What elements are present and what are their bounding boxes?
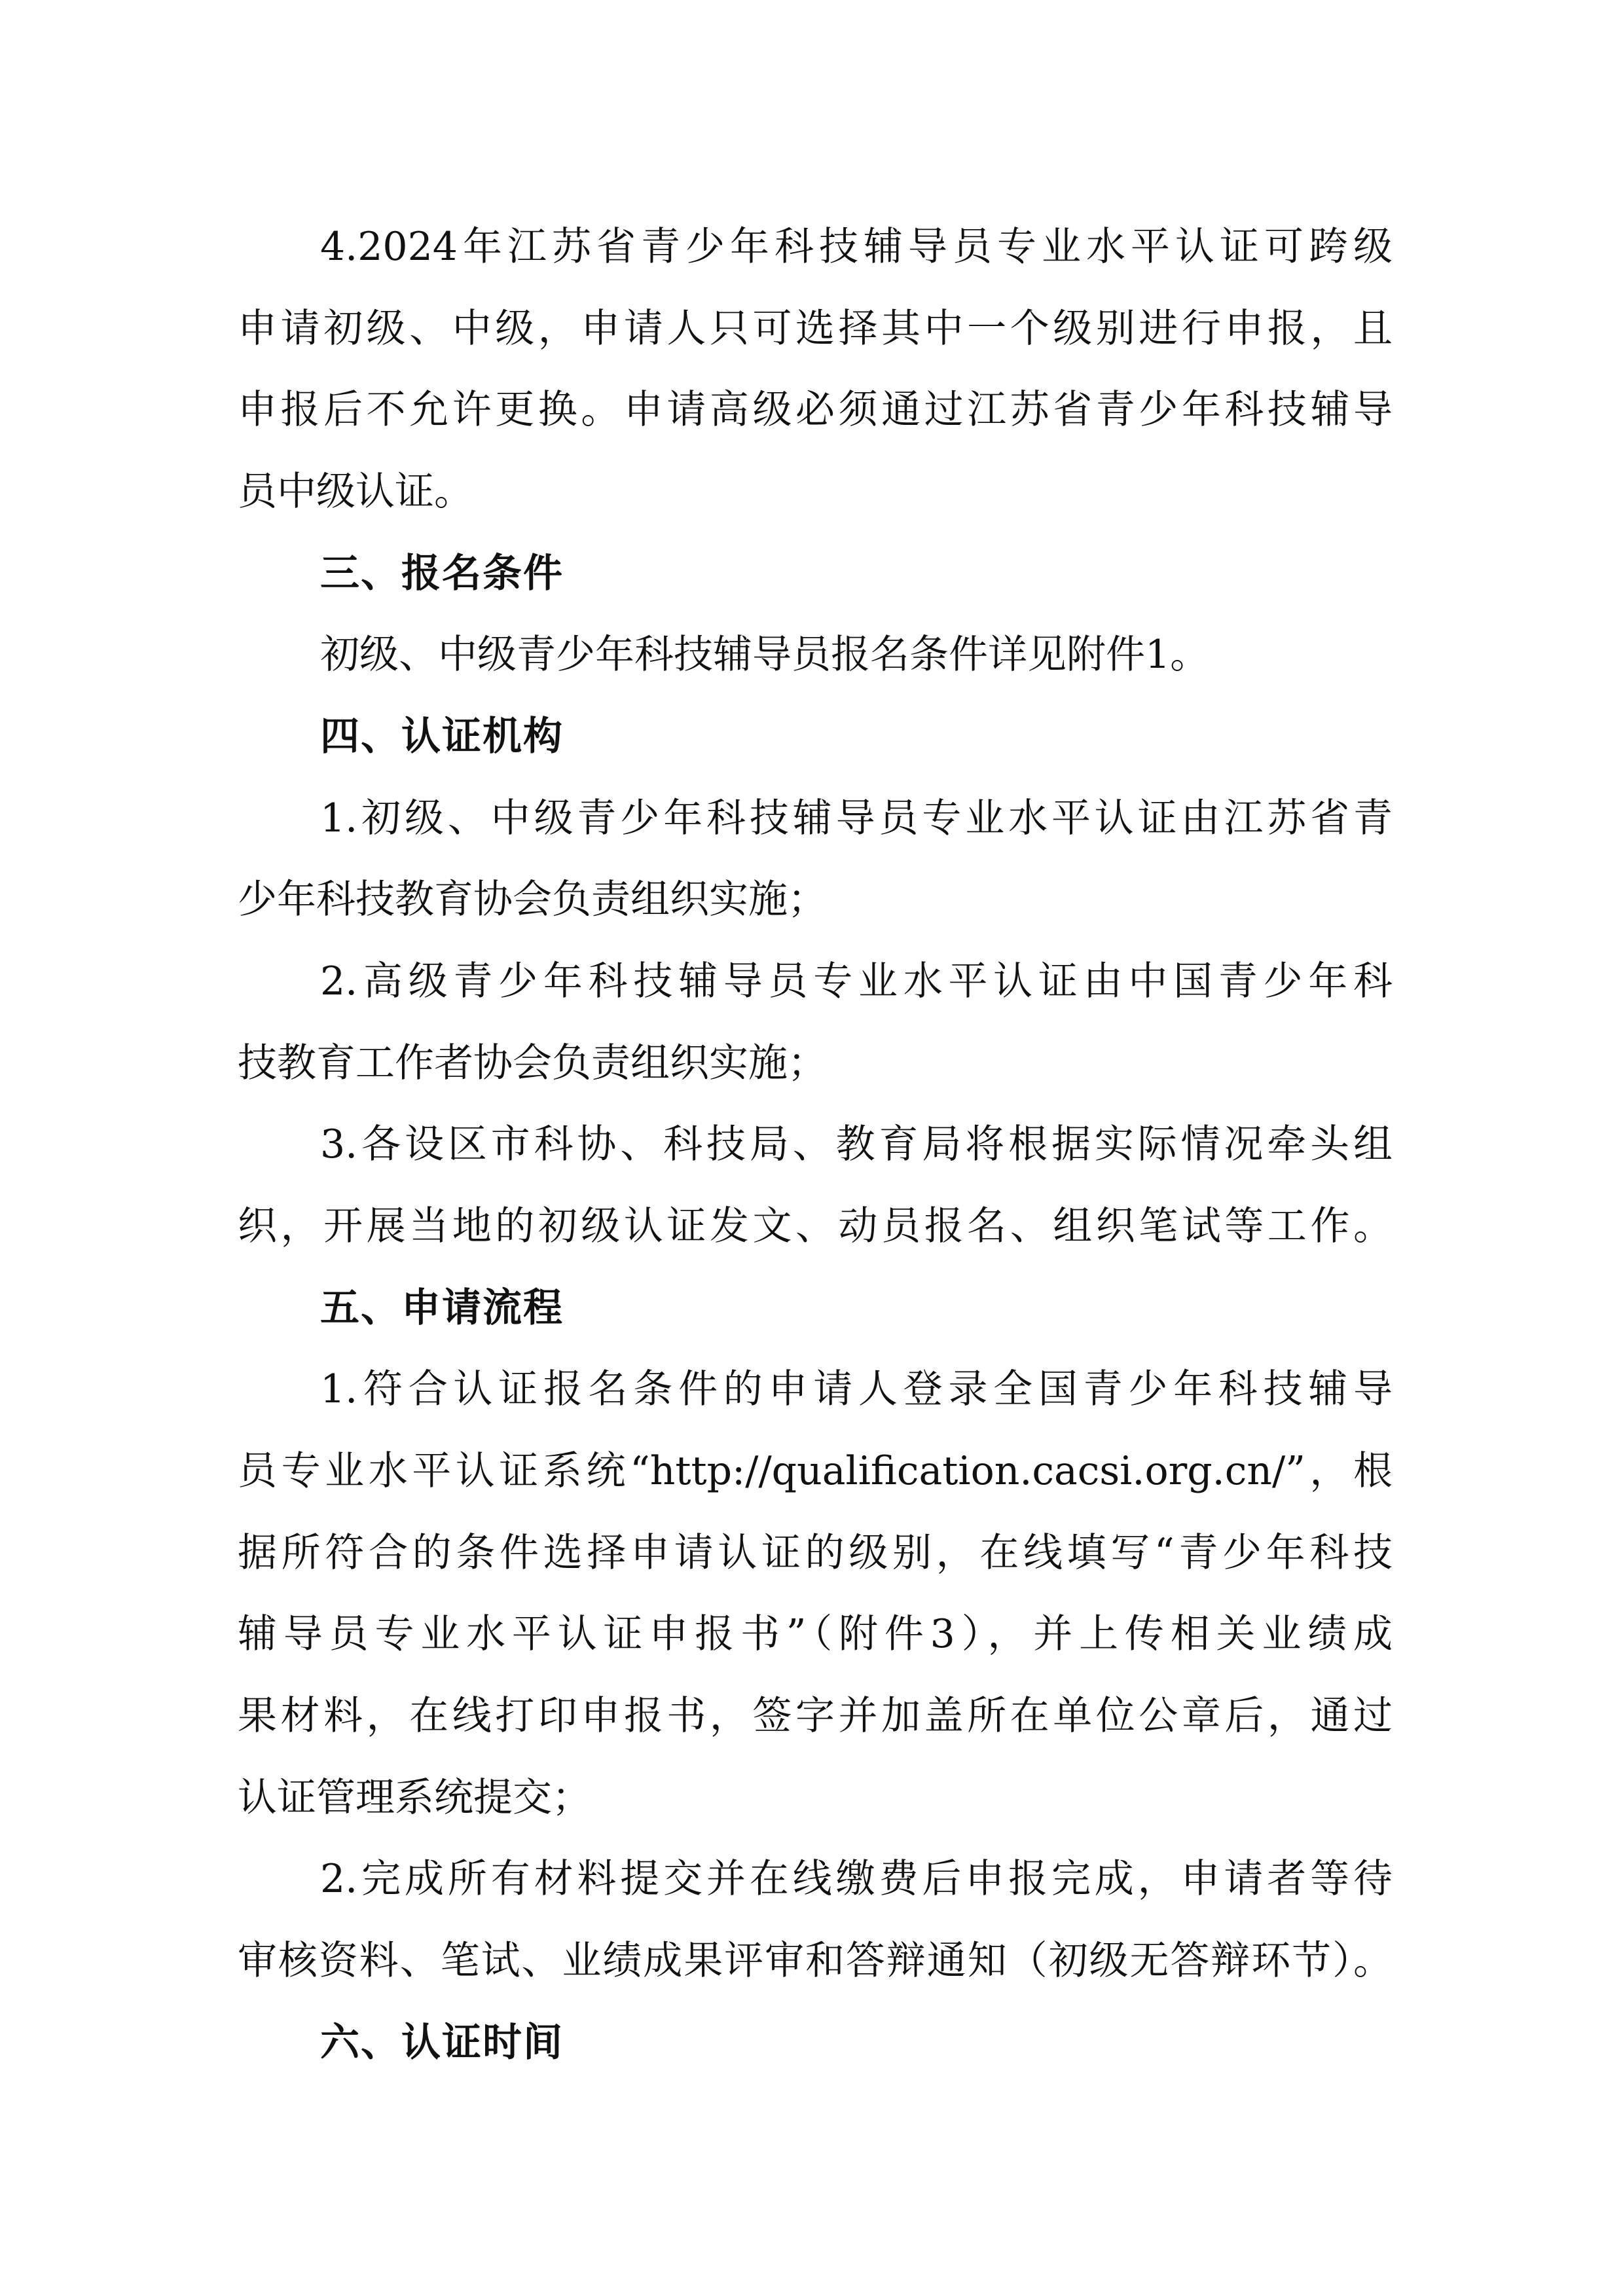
body-item-2-line-2: 技教育工作者协会负责组织实施； (238, 1037, 1393, 1089)
body-item-1-line-1: 1.初级、中级青少年科技辅导员专业水平认证由江苏省青 (320, 792, 1393, 845)
item-4-line-2: 申请初级、中级，申请人只可选择其中一个级别进行申报，且 (238, 302, 1393, 355)
process-item-2-line-2: 审核资料、笔试、业绩成果评审和答辩通知（初级无答辩环节）。 (238, 1935, 1393, 1987)
process-item-1-line-6: 认证管理系统提交； (238, 1772, 1393, 1824)
process-item-1-line-1: 1.符合认证报名条件的申请人登录全国青少年科技辅导 (320, 1363, 1393, 1415)
process-item-1-line-3: 据所符合的条件选择申请认证的级别，在线填写“青少年科技 (238, 1527, 1393, 1579)
registration-conditions-text: 初级、中级青少年科技辅导员报名条件详见附件1。 (320, 629, 1393, 681)
document-page: 4.2024年江苏省青少年科技辅导员专业水平认证可跨级 申请初级、中级，申请人只… (0, 0, 1623, 2296)
process-item-1-line-2-with-url: 员专业水平认证系统“http://qualification.cacsi.org… (238, 1445, 1393, 1497)
body-item-3-line-1: 3.各设区市科协、科技局、教育局将根据实际情况牵头组 (320, 1118, 1393, 1171)
item-4-line-1: 4.2024年江苏省青少年科技辅导员专业水平认证可跨级 (320, 221, 1393, 273)
section-heading-registration-conditions: 三、报名条件 (320, 547, 1393, 600)
item-4-line-4: 员中级认证。 (238, 465, 1393, 518)
section-heading-certification-time: 六、认证时间 (320, 2016, 1393, 2069)
body-item-2-line-1: 2.高级青少年科技辅导员专业水平认证由中国青少年科 (320, 955, 1393, 1008)
process-item-2-line-1: 2.完成所有材料提交并在线缴费后申报完成，申请者等待 (320, 1853, 1393, 1905)
body-item-3-line-2: 织，开展当地的初级认证发文、动员报名、组织笔试等工作。 (238, 1200, 1393, 1252)
section-heading-certification-body: 四、认证机构 (320, 710, 1393, 763)
item-4-line-3: 申报后不允许更换。申请高级必须通过江苏省青少年科技辅导 (238, 384, 1393, 436)
section-heading-application-process: 五、申请流程 (320, 1282, 1393, 1334)
process-item-1-line-4: 辅导员专业水平认证申报书”（附件3），并上传相关业绩成 (238, 1608, 1393, 1660)
process-item-1-line-5: 果材料，在线打印申报书，签字并加盖所在单位公章后，通过 (238, 1690, 1393, 1742)
body-item-1-line-2: 少年科技教育协会负责组织实施； (238, 873, 1393, 926)
